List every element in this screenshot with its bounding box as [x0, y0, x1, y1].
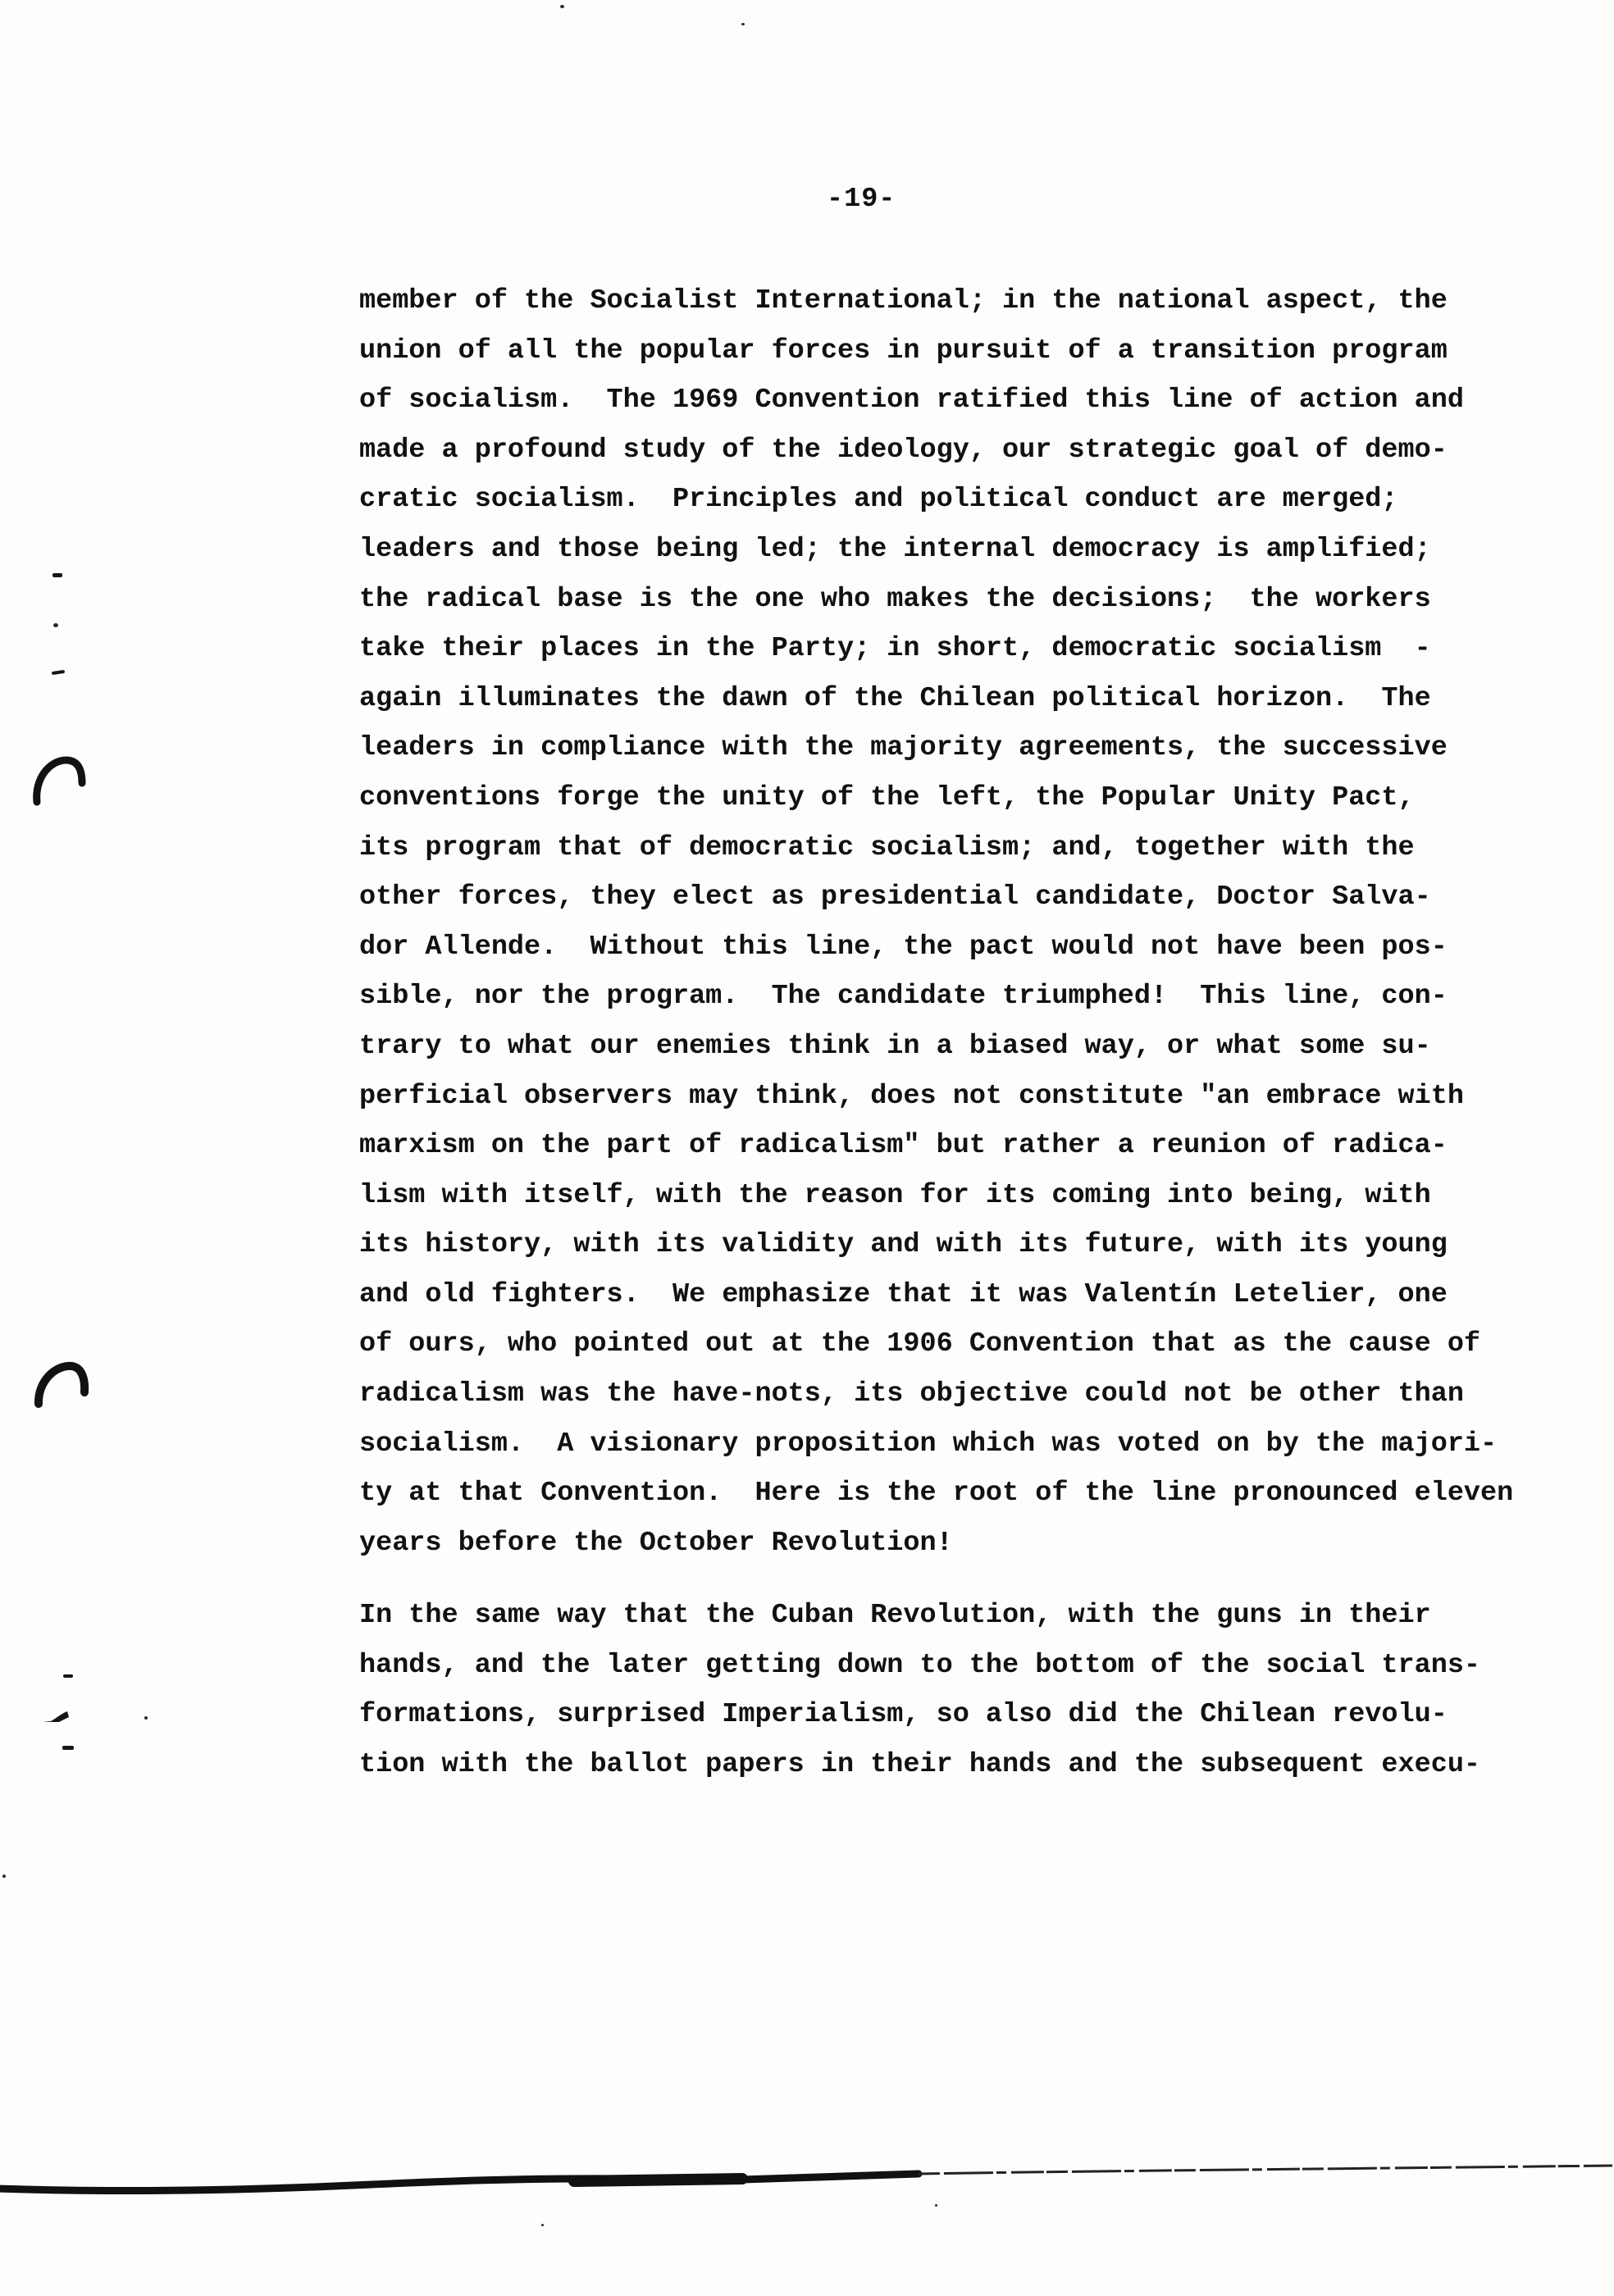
text-line: made a profound study of the ideology, o… [359, 426, 1557, 476]
scan-mark-arc [0, 1353, 123, 1443]
scan-speck [741, 23, 745, 25]
text-line: member of the Socialist International; i… [359, 276, 1557, 326]
text-line: lism with itself, with the reason for it… [359, 1171, 1557, 1221]
text-line: cratic socialism. Principles and politic… [359, 475, 1557, 525]
text-line: union of all the popular forces in pursu… [359, 326, 1557, 376]
text-line: leaders and those being led; the interna… [359, 525, 1557, 575]
text-line: hands, and the later getting down to the… [359, 1641, 1557, 1691]
text-line: ty at that Convention. Here is the root … [359, 1469, 1557, 1519]
scan-mark-dash [52, 573, 62, 577]
paragraph-1: member of the Socialist International; i… [359, 276, 1557, 1568]
page-number: -19- [827, 184, 896, 215]
scan-speck [541, 2224, 544, 2226]
text-line: sible, nor the program. The candidate tr… [359, 972, 1557, 1022]
text-line: other forces, they elect as presidential… [359, 872, 1557, 922]
text-line: perficial observers may think, does not … [359, 1072, 1557, 1122]
scanned-page: { "page": { "number_label": "-19-" }, "c… [0, 0, 1614, 2296]
text-line: socialism. A visionary proposition which… [359, 1419, 1557, 1469]
scan-mark-smudge [41, 1704, 82, 1729]
text-line: dor Allende. Without this line, the pact… [359, 922, 1557, 973]
scan-mark-arc [0, 738, 115, 828]
text-line: In the same way that the Cuban Revolutio… [359, 1591, 1557, 1641]
scan-mark-dash [62, 1746, 74, 1750]
text-line: take their places in the Party; in short… [359, 624, 1557, 674]
text-line: and old fighters. We emphasize that it w… [359, 1270, 1557, 1320]
text-line: trary to what our enemies think in a bia… [359, 1022, 1557, 1072]
text-line: again illuminates the dawn of the Chilea… [359, 674, 1557, 724]
scan-speck [2, 1875, 6, 1878]
text-line: of ours, who pointed out at the 1906 Con… [359, 1319, 1557, 1369]
text-line: radicalism was the have-nots, its object… [359, 1369, 1557, 1419]
text-line: tion with the ballot papers in their han… [359, 1740, 1557, 1790]
text-line: leaders in compliance with the majority … [359, 723, 1557, 773]
text-line: formations, surprised Imperialism, so al… [359, 1690, 1557, 1740]
scan-speck [53, 623, 58, 627]
text-line: its history, with its validity and with … [359, 1220, 1557, 1270]
text-line: conventions forge the unity of the left,… [359, 773, 1557, 823]
text-line: of socialism. The 1969 Convention ratifi… [359, 376, 1557, 426]
text-line: the radical base is the one who makes th… [359, 575, 1557, 625]
scan-mark-dash [63, 1674, 73, 1678]
text-line: its program that of democratic socialism… [359, 823, 1557, 873]
scan-speck [560, 5, 564, 8]
scan-speck [144, 1716, 148, 1720]
text-line: years before the October Revolution! [359, 1519, 1557, 1569]
scan-fold-line [0, 2148, 1614, 2214]
paragraph-2: In the same way that the Cuban Revolutio… [359, 1591, 1557, 1789]
text-line: marxism on the part of radicalism" but r… [359, 1121, 1557, 1171]
scan-mark-dash [52, 670, 65, 675]
